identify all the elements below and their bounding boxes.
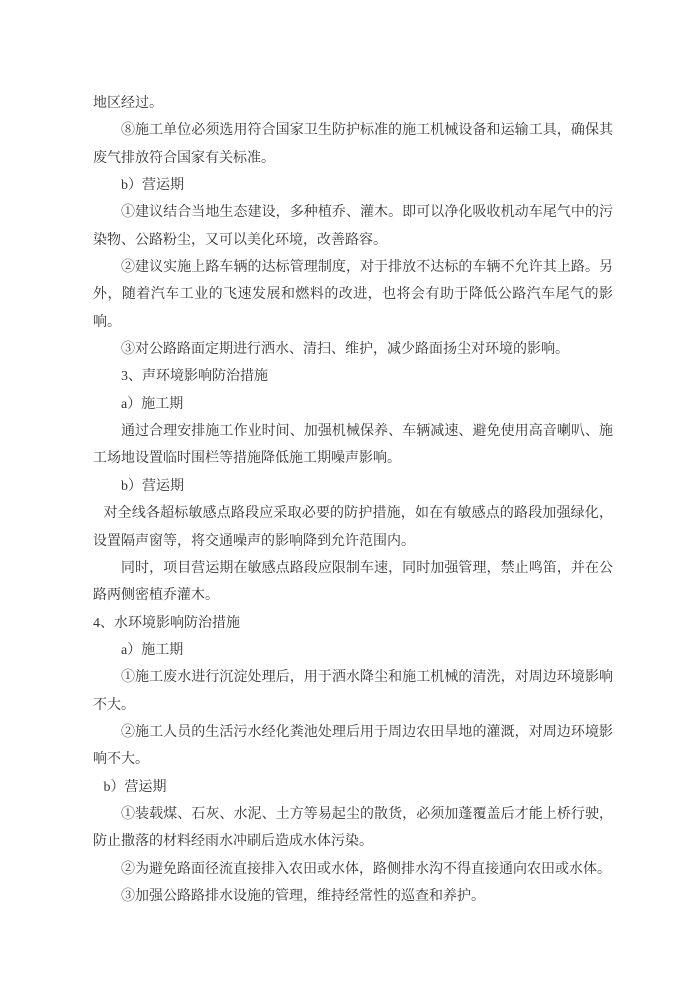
paragraph: 3、声环境影响防治措施 — [93, 363, 613, 390]
paragraph: ③对公路路面定期进行洒水、清扫、维护，减少路面扬尘对环境的影响。 — [93, 336, 613, 363]
paragraph: ①建议结合当地生态建设，多种植乔、灌木。即可以净化吸收机动车尾气中的污染物、公路… — [93, 199, 613, 254]
paragraph: ③加强公路路排水设施的管理，维持经常性的巡查和养护。 — [93, 883, 613, 910]
paragraph: ①装载煤、石灰、水泥、土方等易起尘的散货，必须加蓬覆盖后才能上桥行驶，防止撒落的… — [93, 801, 613, 856]
paragraph: ②施工人员的生活污水经化粪池处理后用于周边农田旱地的灌溉，对周边环境影响不大。 — [93, 719, 613, 774]
paragraph: ①施工废水进行沉淀处理后，用于洒水降尘和施工机械的清洗，对周边环境影响不大。 — [93, 664, 613, 719]
document-page: 地区经过。⑧施工单位必须选用符合国家卫生防护标准的施工机械设备和运输工具，确保其… — [93, 90, 613, 910]
paragraph: b）营运期 — [93, 774, 613, 801]
paragraph: 通过合理安排施工作业时间、加强机械保养、车辆减速、避免使用高音喇叭、施工场地设置… — [93, 418, 613, 473]
paragraph: 地区经过。 — [93, 90, 613, 117]
paragraph: ⑧施工单位必须选用符合国家卫生防护标准的施工机械设备和运输工具，确保其废气排放符… — [93, 117, 613, 172]
paragraph: 同时，项目营运期在敏感点路段应限制车速，同时加强管理，禁止鸣笛，并在公路两侧密植… — [93, 555, 613, 610]
paragraph: ②建议实施上路车辆的达标管理制度，对于排放不达标的车辆不允许其上路。另外，随着汽… — [93, 254, 613, 336]
paragraph: a）施工期 — [93, 637, 613, 664]
paragraph: 对全线各超标敏感点路段应采取必要的防护措施，如在有敏感点的路段加强绿化，设置隔声… — [93, 500, 613, 555]
paragraph: b）营运期 — [93, 172, 613, 199]
paragraph: 4、水环境影响防治措施 — [93, 610, 613, 637]
paragraph: ②为避免路面径流直接排入农田或水体，路侧排水沟不得直接通向农田或水体。 — [93, 856, 613, 883]
paragraph: b）营运期 — [93, 473, 613, 500]
paragraph: a）施工期 — [93, 391, 613, 418]
